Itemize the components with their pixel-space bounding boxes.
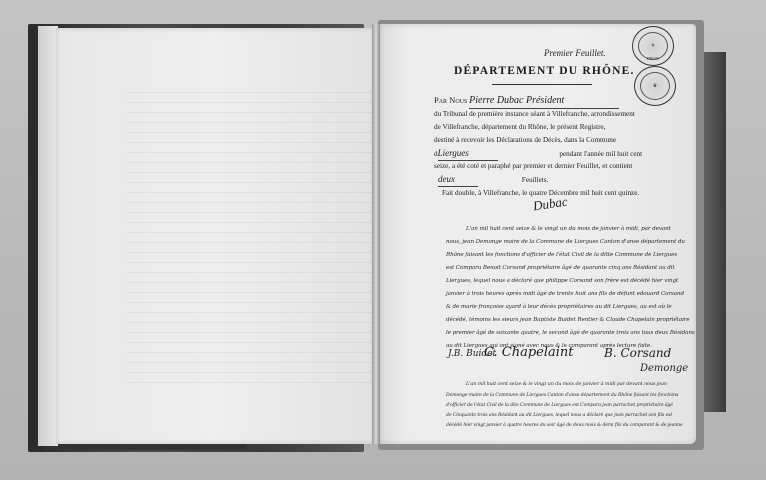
- signature: C. Chapelaint: [484, 345, 574, 360]
- stamp-label: DROIT: [633, 56, 673, 61]
- entry-2-line: L'an mil huit cent seize & le vingt un d…: [466, 378, 667, 391]
- show-through-text: [126, 83, 376, 383]
- form-line-7-suffix: Feuillets.: [522, 176, 549, 184]
- department-heading: DÉPARTEMENT DU RHÔNE.: [454, 65, 635, 77]
- entry-1-line: décédé, témoins les sieurs jean Baptiste…: [446, 314, 690, 327]
- entry-1-line: le premier âgé de soixante quatre, le se…: [446, 327, 695, 340]
- signature: Demonge: [640, 363, 688, 374]
- commune-name-handwritten: Liergues: [438, 147, 498, 161]
- book-gutter: [372, 24, 380, 444]
- entry-1-line: Rhône faisant les fonctions d'officier d…: [446, 249, 677, 262]
- left-page: [56, 28, 374, 444]
- tax-stamp-bottom: ♛: [634, 66, 676, 106]
- page-count-handwritten: deux: [438, 173, 478, 187]
- form-line-6: seize, a été coté et paraphé par premier…: [434, 160, 632, 173]
- form-prefix: Par Nous: [434, 95, 467, 105]
- entry-1-line: est Comparu Benoit Corsand propriétaire …: [446, 262, 675, 275]
- form-line-2: du Tribunal de première instance séant à…: [434, 108, 635, 121]
- entry-1-line: L'an mil huit cent seize & le vingt un d…: [466, 223, 671, 236]
- form-line-5-suffix: pendant l'année mil huit cent: [559, 150, 642, 158]
- form-line-4: destiné à recevoir les Déclarations de D…: [434, 134, 616, 147]
- entry-1-line: Liergues, lequel nous a déclaré que phil…: [446, 275, 678, 288]
- entry-1-line: nous, jean Demonge maire de la Commune d…: [446, 236, 685, 249]
- signature: B. Corsand: [604, 346, 671, 360]
- stamp-figure-icon: ♛: [640, 72, 670, 100]
- folio-label: Premier Feuillet.: [544, 48, 606, 58]
- heading-rule: [492, 84, 592, 85]
- president-name-handwritten: Pierre Dubac Président: [469, 95, 619, 109]
- form-line-1: Par Nous Pierre Dubac Président: [434, 94, 619, 109]
- page-stack-left: [38, 26, 58, 446]
- tax-stamp-top: ⚜ DROIT: [632, 26, 674, 66]
- entry-1-line: & de marie françoise ayard à leur décès …: [446, 301, 672, 314]
- entry-2-line: décédé hier vingt janvier à quatre heure…: [446, 420, 683, 433]
- form-line-3: de Villefranche, département du Rhône, l…: [434, 121, 605, 134]
- entry-1-line: janvier à trois heures après midi âgé de…: [446, 288, 684, 301]
- form-line-7: deux Feuillets.: [438, 173, 548, 187]
- form-line-5: dLiergues pendant l'année mil huit cent: [434, 147, 642, 161]
